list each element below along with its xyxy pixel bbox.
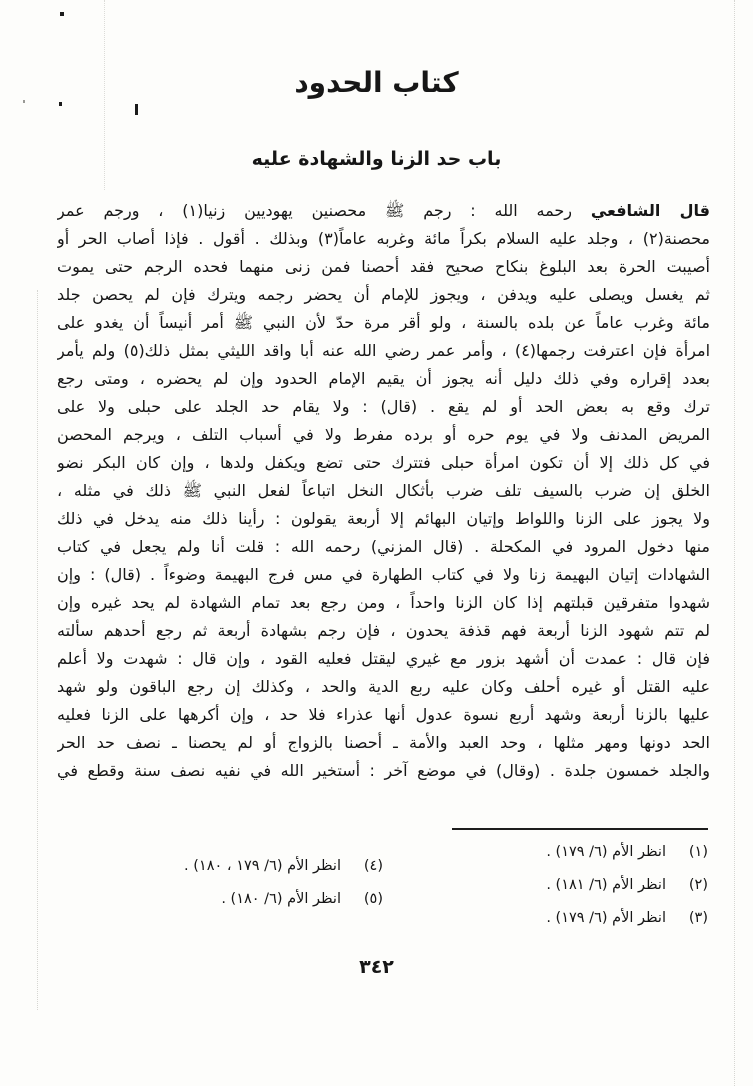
- footnote-number: (٤): [353, 850, 383, 883]
- body-line: شهدوا متفرقين قبلتهم إذا كان الزنا واحدا…: [57, 589, 710, 617]
- footnotes-column-right: (١)انظر الأم (٦/ ١٧٩) . (٢)انظر الأم (٦/…: [452, 828, 708, 935]
- scan-speck: [60, 12, 64, 16]
- footnote: (٥)انظر الأم (٦/ ١٨٠) .: [95, 883, 383, 916]
- body-line: ترك وقع به بعض الحد أو لم يقع . (قال) : …: [57, 393, 710, 421]
- body-line: أصيبت الحرة بعد البلوغ بنكاح صحيح فقد أح…: [57, 253, 710, 281]
- body-line: عليها بالزنا أربعة وشهد أربع نسوة عدول أ…: [57, 701, 710, 729]
- footnotes-section: (١)انظر الأم (٦/ ١٧٩) . (٢)انظر الأم (٦/…: [0, 828, 753, 948]
- footnote: (٤)انظر الأم (٦/ ١٧٩ ، ١٨٠) .: [95, 850, 383, 883]
- body-line: المريض المدنف ولا في يوم حره أو برده مفر…: [57, 421, 710, 449]
- scan-speck: [135, 104, 138, 115]
- footnote-text: انظر الأم (٦/ ١٨٠) .: [221, 891, 341, 907]
- body-line: الخلق إن ضرب بالسيف تلف ضرب بأثكال النخل…: [57, 477, 710, 505]
- body-line: في كل ذلك إلا أن تكون امرأة حبلى فتترك ح…: [57, 449, 710, 477]
- chapter-title: باب حد الزنا والشهادة عليه: [0, 148, 753, 170]
- scan-speck: [23, 100, 25, 103]
- footnote-separator: [452, 828, 708, 830]
- body-line: ثم يغسل ويصلى عليه ويدفن ، ويجوز للإمام …: [57, 281, 710, 309]
- body-line: والجلد خمسون جلدة . (وقال) في موضع آخر :…: [57, 757, 710, 785]
- footnote-number: (١): [678, 836, 708, 869]
- body-line: امرأة فإن اعترفت رجمها(٤) ، وأمر عمر رضي…: [57, 337, 710, 365]
- body-line: بعدد إقراره وفي ذلك دليل أنه يجوز أن يقي…: [57, 365, 710, 393]
- body-line: لم تتم شهود الزنا أربعة فهم قذفة يحدون ،…: [57, 617, 710, 645]
- body-line: فإن قال : عمدت أن أشهد بزور مع غيري ليقت…: [57, 645, 710, 673]
- footnote-number: (٢): [678, 869, 708, 902]
- footnote: (٢)انظر الأم (٦/ ١٨١) .: [452, 869, 708, 902]
- footnote-number: (٣): [678, 902, 708, 935]
- scan-speck: [59, 102, 62, 106]
- book-page: كتاب الحدود باب حد الزنا والشهادة عليه ق…: [0, 0, 753, 1086]
- footnote: (١)انظر الأم (٦/ ١٧٩) .: [452, 836, 708, 869]
- page-number: ٣٤٢: [0, 956, 753, 978]
- body-line-text: رحمه الله : رجم ﷺ محصنين يهوديين زنيا(١)…: [57, 201, 591, 220]
- footnote: (٣)انظر الأم (٦/ ١٧٩) .: [452, 902, 708, 935]
- body-text: قال الشافعي رحمه الله : رجم ﷺ محصنين يهو…: [57, 197, 710, 785]
- body-line: مائة وغرب عاماً عن بلده بالسنة ، ولو أقر…: [57, 309, 710, 337]
- body-line: ولا يجوز على الزنا واللواط وإتيان البهائ…: [57, 505, 710, 533]
- book-title: كتاب الحدود: [0, 66, 753, 99]
- opening-phrase: قال الشافعي: [591, 201, 710, 220]
- footnotes-column-left: (٤)انظر الأم (٦/ ١٧٩ ، ١٨٠) . (٥)انظر ال…: [95, 850, 383, 916]
- body-line: الشهادات إتيان البهيمة زنا ولا في كتاب ا…: [57, 561, 710, 589]
- footnote-text: انظر الأم (٦/ ١٧٩) .: [546, 910, 666, 926]
- body-line: عليه القتل أو غيره أحلف وكان عليه ربع ال…: [57, 673, 710, 701]
- footnote-number: (٥): [353, 883, 383, 916]
- body-line: منها دخول المرود في المكحلة . (قال المزن…: [57, 533, 710, 561]
- footnote-text: انظر الأم (٦/ ١٧٩ ، ١٨٠) .: [184, 858, 341, 874]
- body-line: الحد دونها ومهر مثلها ، وحد العبد والأمة…: [57, 729, 710, 757]
- footnote-text: انظر الأم (٦/ ١٨١) .: [546, 877, 666, 893]
- footnote-text: انظر الأم (٦/ ١٧٩) .: [546, 844, 666, 860]
- body-line: قال الشافعي رحمه الله : رجم ﷺ محصنين يهو…: [57, 197, 710, 225]
- body-line: محصنة(٢) ، وجلد عليه السلام بكراً مائة و…: [57, 225, 710, 253]
